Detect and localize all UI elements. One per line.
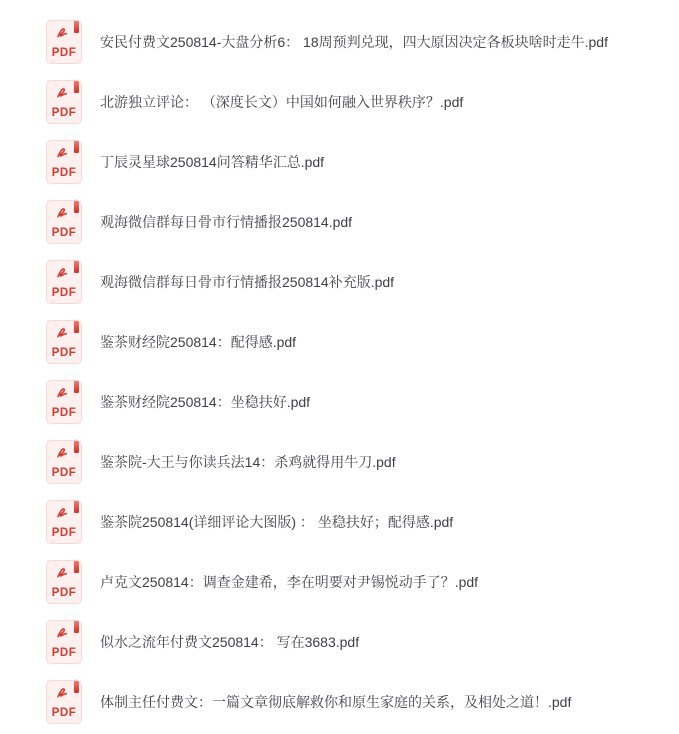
file-name[interactable]: 鉴茶院250814(详细评论大图版) ： 坐稳扶好；配得感.pdf bbox=[100, 513, 453, 531]
pdf-icon-label: PDF bbox=[47, 588, 81, 600]
folded-corner-ribbon bbox=[74, 381, 79, 393]
pdf-icon-label: PDF bbox=[47, 48, 81, 60]
pdf-file-icon[interactable]: PDF bbox=[46, 560, 82, 604]
acrobat-swirl-icon bbox=[54, 24, 70, 40]
pdf-file-icon[interactable]: PDF bbox=[46, 440, 82, 484]
file-list-item[interactable]: PDF 观海微信群每日骨市行情播报250814补充版.pdf bbox=[46, 260, 679, 304]
acrobat-swirl-icon bbox=[54, 384, 70, 400]
pdf-icon-label: PDF bbox=[47, 288, 81, 300]
file-name[interactable]: 北游独立评论： （深度长文）中国如何融入世界秩序？.pdf bbox=[100, 93, 463, 111]
pdf-icon-label: PDF bbox=[47, 348, 81, 360]
pdf-icon-label: PDF bbox=[47, 648, 81, 660]
pdf-file-icon[interactable]: PDF bbox=[46, 200, 82, 244]
acrobat-swirl-icon bbox=[54, 84, 70, 100]
pdf-file-icon[interactable]: PDF bbox=[46, 80, 82, 124]
pdf-file-icon[interactable]: PDF bbox=[46, 260, 82, 304]
acrobat-swirl-icon bbox=[54, 564, 70, 580]
pdf-icon-label: PDF bbox=[47, 408, 81, 420]
folded-corner-ribbon bbox=[74, 81, 79, 93]
pdf-icon-label: PDF bbox=[47, 108, 81, 120]
file-list-item[interactable]: PDF 丁辰灵星球250814问答精华汇总.pdf bbox=[46, 140, 679, 184]
pdf-icon-label: PDF bbox=[47, 168, 81, 180]
file-list-item[interactable]: PDF 似水之流年付费文250814： 写在3683.pdf bbox=[46, 620, 679, 664]
pdf-file-icon[interactable]: PDF bbox=[46, 140, 82, 184]
file-list-item[interactable]: PDF 安民付费文250814-大盘分析6： 18周预判兑现，四大原因决定各板块… bbox=[46, 20, 679, 64]
file-name[interactable]: 鉴茶财经院250814：配得感.pdf bbox=[100, 333, 296, 351]
acrobat-swirl-icon bbox=[54, 324, 70, 340]
file-name[interactable]: 丁辰灵星球250814问答精华汇总.pdf bbox=[100, 153, 324, 171]
file-list-item[interactable]: PDF 鉴茶财经院250814：坐稳扶好.pdf bbox=[46, 380, 679, 424]
folded-corner-ribbon bbox=[74, 201, 79, 213]
file-name[interactable]: 观海微信群每日骨市行情播报250814补充版.pdf bbox=[100, 273, 394, 291]
file-list-item[interactable]: PDF 鉴茶财经院250814：配得感.pdf bbox=[46, 320, 679, 364]
folded-corner-ribbon bbox=[74, 21, 79, 33]
file-list-item[interactable]: PDF 卢克文250814：调查金建希，李在明要对尹锡悦动手了？.pdf bbox=[46, 560, 679, 604]
file-name[interactable]: 卢克文250814：调查金建希，李在明要对尹锡悦动手了？.pdf bbox=[100, 573, 478, 591]
file-list-item[interactable]: PDF 观海微信群每日骨市行情播报250814.pdf bbox=[46, 200, 679, 244]
folded-corner-ribbon bbox=[74, 321, 79, 333]
acrobat-swirl-icon bbox=[54, 684, 70, 700]
pdf-file-icon[interactable]: PDF bbox=[46, 500, 82, 544]
file-name[interactable]: 安民付费文250814-大盘分析6： 18周预判兑现，四大原因决定各板块啥时走牛… bbox=[100, 33, 608, 51]
pdf-file-icon[interactable]: PDF bbox=[46, 20, 82, 64]
pdf-icon-label: PDF bbox=[47, 468, 81, 480]
folded-corner-ribbon bbox=[74, 441, 79, 453]
file-name[interactable]: 观海微信群每日骨市行情播报250814.pdf bbox=[100, 213, 352, 231]
pdf-file-icon[interactable]: PDF bbox=[46, 380, 82, 424]
pdf-file-icon[interactable]: PDF bbox=[46, 680, 82, 724]
pdf-icon-label: PDF bbox=[47, 228, 81, 240]
file-name[interactable]: 鉴茶财经院250814：坐稳扶好.pdf bbox=[100, 393, 310, 411]
file-list-item[interactable]: PDF 体制主任付费文：一篇文章彻底解救你和原生家庭的关系，及相处之道！.pdf bbox=[46, 680, 679, 724]
acrobat-swirl-icon bbox=[54, 204, 70, 220]
folded-corner-ribbon bbox=[74, 561, 79, 573]
pdf-icon-label: PDF bbox=[47, 708, 81, 720]
folded-corner-ribbon bbox=[74, 681, 79, 693]
pdf-icon-label: PDF bbox=[47, 528, 81, 540]
pdf-file-list: PDF 安民付费文250814-大盘分析6： 18周预判兑现，四大原因决定各板块… bbox=[0, 0, 679, 724]
acrobat-swirl-icon bbox=[54, 624, 70, 640]
folded-corner-ribbon bbox=[74, 261, 79, 273]
file-name[interactable]: 体制主任付费文：一篇文章彻底解救你和原生家庭的关系，及相处之道！.pdf bbox=[100, 693, 571, 711]
pdf-file-icon[interactable]: PDF bbox=[46, 320, 82, 364]
folded-corner-ribbon bbox=[74, 141, 79, 153]
acrobat-swirl-icon bbox=[54, 264, 70, 280]
pdf-file-icon[interactable]: PDF bbox=[46, 620, 82, 664]
acrobat-swirl-icon bbox=[54, 504, 70, 520]
file-list-item[interactable]: PDF 鉴茶院250814(详细评论大图版) ： 坐稳扶好；配得感.pdf bbox=[46, 500, 679, 544]
acrobat-swirl-icon bbox=[54, 444, 70, 460]
folded-corner-ribbon bbox=[74, 621, 79, 633]
file-list-item[interactable]: PDF 北游独立评论： （深度长文）中国如何融入世界秩序？.pdf bbox=[46, 80, 679, 124]
file-name[interactable]: 鉴茶院-大王与你读兵法14：杀鸡就得用牛刀.pdf bbox=[100, 453, 396, 471]
acrobat-swirl-icon bbox=[54, 144, 70, 160]
file-list-item[interactable]: PDF 鉴茶院-大王与你读兵法14：杀鸡就得用牛刀.pdf bbox=[46, 440, 679, 484]
folded-corner-ribbon bbox=[74, 501, 79, 513]
file-name[interactable]: 似水之流年付费文250814： 写在3683.pdf bbox=[100, 633, 359, 651]
